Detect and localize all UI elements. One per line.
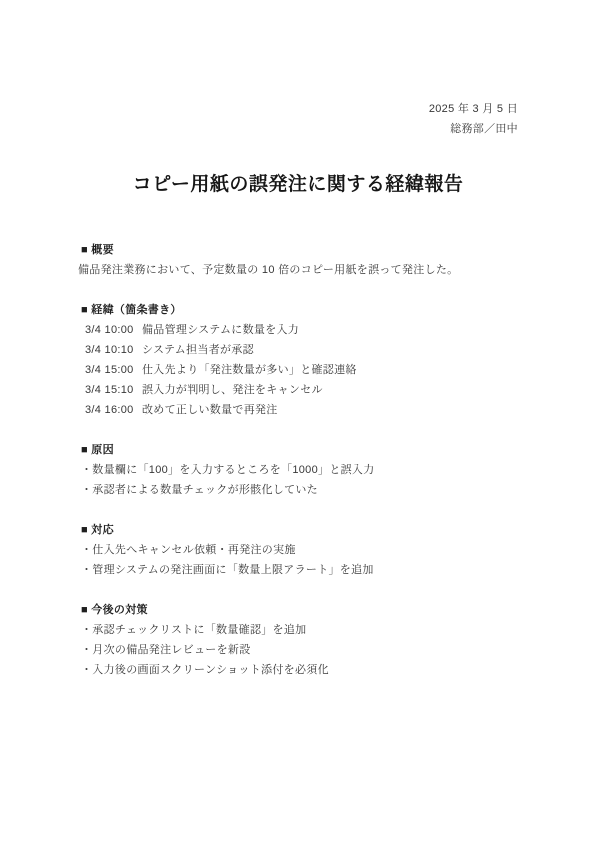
section-timeline: ■ 経緯（箇条書き） 3/4 10:00 備品管理システムに数量を入力 3/4 … [78, 300, 518, 420]
bullet-item: ・承認者による数量チェックが形骸化していた [81, 480, 518, 500]
timeline-item: 3/4 10:00 備品管理システムに数量を入力 [85, 320, 518, 340]
document-date: 2025 年 3 月 5 日 [78, 99, 518, 119]
section-overview: ■ 概要 備品発注業務において、予定数量の 10 倍のコピー用紙を誤って発注した… [78, 240, 518, 280]
document-title: コピー用紙の誤発注に関する経緯報告 [78, 171, 518, 199]
bullet-item: ・承認チェックリストに「数量確認」を追加 [81, 620, 518, 640]
timeline-time: 3/4 15:10 [85, 380, 142, 400]
section-cause: ■ 原因 ・数量欄に「100」を入力するところを「1000」と誤入力 ・承認者に… [78, 440, 518, 500]
section-overview-heading: ■ 概要 [81, 240, 518, 260]
timeline-time: 3/4 10:10 [85, 340, 142, 360]
bullet-item: ・仕入先へキャンセル依頼・再発注の実施 [81, 540, 518, 560]
timeline-text: 誤入力が判明し、発注をキャンセル [142, 380, 323, 400]
section-timeline-heading: ■ 経緯（箇条書き） [81, 300, 518, 320]
timeline-text: 仕入先より「発注数量が多い」と確認連絡 [142, 360, 357, 380]
timeline-item: 3/4 10:10 システム担当者が承認 [85, 340, 518, 360]
timeline-time: 3/4 16:00 [85, 400, 142, 420]
document-author: 総務部／田中 [78, 119, 518, 139]
section-future-measures: ■ 今後の対策 ・承認チェックリストに「数量確認」を追加 ・月次の備品発注レビュ… [78, 600, 518, 680]
timeline-time: 3/4 10:00 [85, 320, 142, 340]
timeline-item: 3/4 15:00 仕入先より「発注数量が多い」と確認連絡 [85, 360, 518, 380]
section-cause-heading: ■ 原因 [81, 440, 518, 460]
document-page: 2025 年 3 月 5 日 総務部／田中 コピー用紙の誤発注に関する経緯報告 … [0, 0, 595, 842]
document-header: 2025 年 3 月 5 日 総務部／田中 [78, 99, 518, 139]
bullet-item: ・数量欄に「100」を入力するところを「1000」と誤入力 [81, 460, 518, 480]
bullet-item: ・入力後の画面スクリーンショット添付を必須化 [81, 660, 518, 680]
bullet-item: ・管理システムの発注画面に「数量上限アラート」を追加 [81, 560, 518, 580]
bullet-item: ・月次の備品発注レビューを新設 [81, 640, 518, 660]
section-future-measures-heading: ■ 今後の対策 [81, 600, 518, 620]
timeline-text: 備品管理システムに数量を入力 [142, 320, 299, 340]
section-response-heading: ■ 対応 [81, 520, 518, 540]
timeline-item: 3/4 16:00 改めて正しい数量で再発注 [85, 400, 518, 420]
timeline-text: システム担当者が承認 [142, 340, 254, 360]
timeline-text: 改めて正しい数量で再発注 [142, 400, 278, 420]
section-response: ■ 対応 ・仕入先へキャンセル依頼・再発注の実施 ・管理システムの発注画面に「数… [78, 520, 518, 580]
timeline-item: 3/4 15:10 誤入力が判明し、発注をキャンセル [85, 380, 518, 400]
section-overview-text: 備品発注業務において、予定数量の 10 倍のコピー用紙を誤って発注した。 [78, 260, 518, 280]
timeline-time: 3/4 15:00 [85, 360, 142, 380]
